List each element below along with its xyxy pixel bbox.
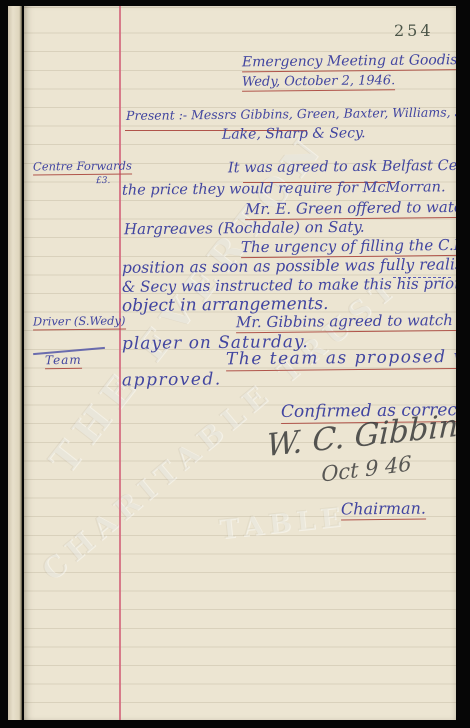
minute-line: approved. [122,370,222,390]
margin-note-driver: Driver (S.Wedy) [33,315,126,331]
margin-note-team: Team [45,354,82,370]
chairman-title: Chairman. [341,500,426,520]
minute-line: Mr. Gibbins agreed to watch this [236,312,456,333]
minute-line: the price they would require for McMorra… [122,180,446,199]
signature-date: Oct 9 46 [321,452,412,486]
meeting-heading-line1: Emergency Meeting at Goodison Park [242,53,456,73]
minute-line: The urgency of filling the C.F. [241,237,456,258]
page-number: 254 [394,21,434,40]
red-margin-rule [119,6,121,720]
minute-line: Hargreaves (Rochdale) on Saty. [124,219,365,238]
margin-annotation-mark: £3. [96,177,110,187]
meeting-heading-line2: Wedy, October 2, 1946. [242,74,395,92]
margin-note-centre-forwards: Centre Forwards [33,159,132,175]
minute-line: Mr. E. Green offered to watch [245,199,456,220]
present-line1: Present :- Messrs Gibbins, Green, Baxter… [126,105,456,123]
minute-book-page: THE EVERTON CHARITABLE TRUST TABLE 254 E… [24,6,456,720]
minute-line: position as soon as possible was fully r… [122,256,456,277]
minute-line: & Secy was instructed to make this his p… [122,275,456,295]
minute-line: It was agreed to ask Belfast Celtic [228,159,456,178]
scanned-minute-book-photo: { "page_number": "254", "heading": { "li… [0,0,470,728]
book-binding-edge [8,6,22,720]
minute-line: The team as proposed was [226,348,456,371]
present-line2: Lake, Sharp & Secy. [222,126,366,143]
